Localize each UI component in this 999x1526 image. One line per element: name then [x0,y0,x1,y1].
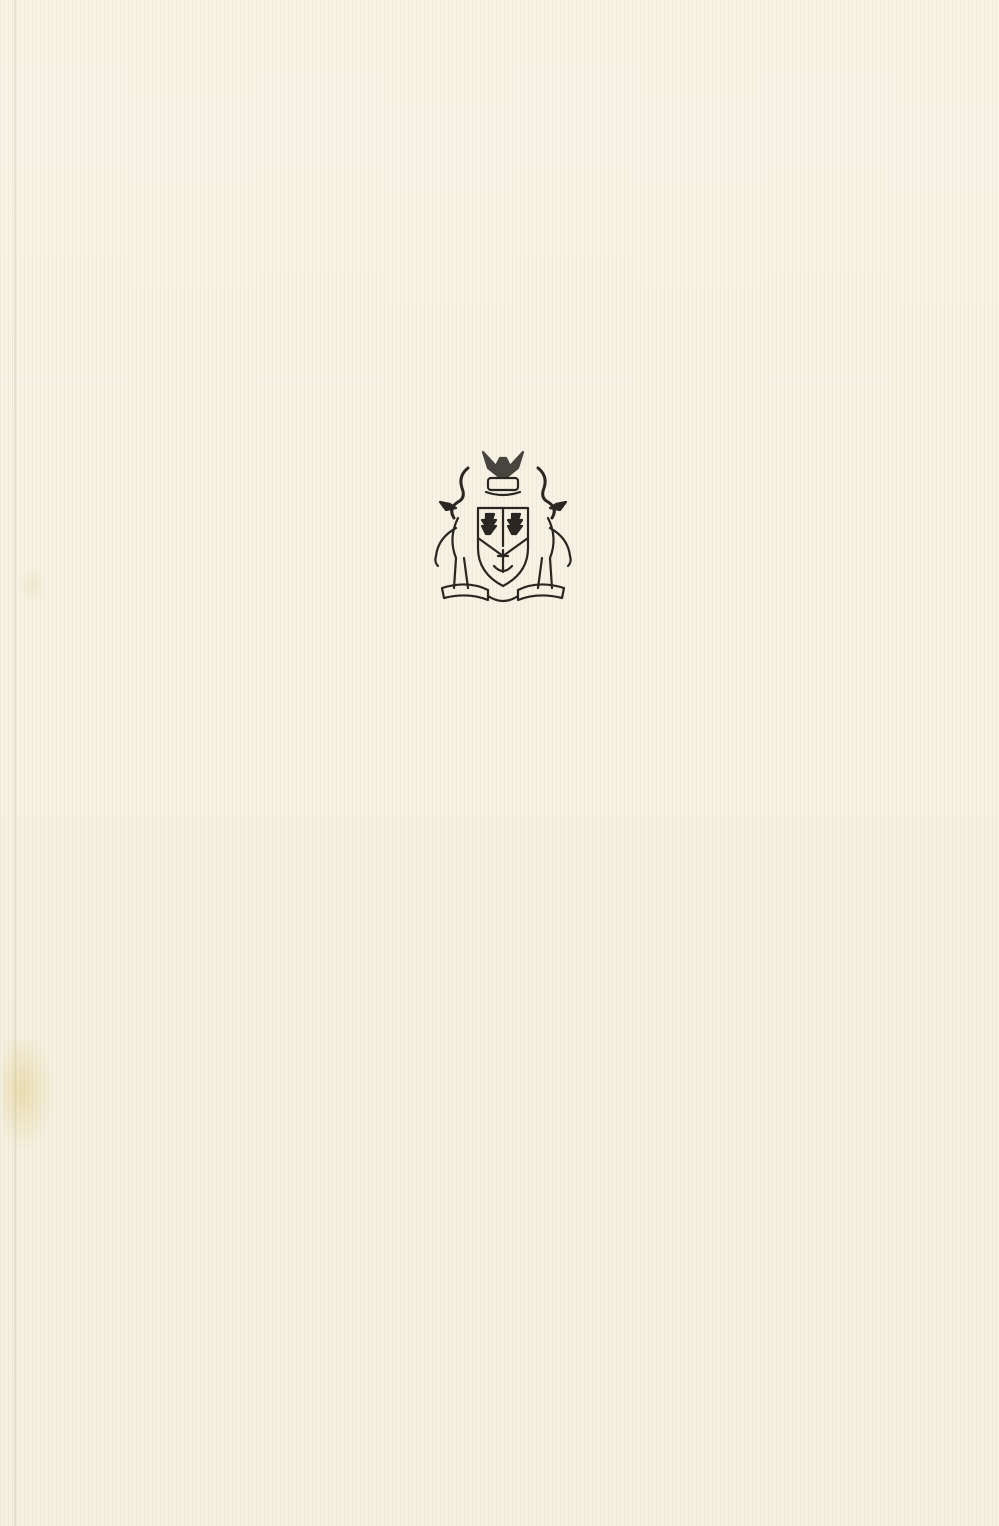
card-cover [0,0,999,1526]
age-stain [2,1040,54,1150]
coat-of-arms-icon [428,438,578,610]
spine-fold [14,0,16,1526]
age-stain-small [18,565,48,605]
